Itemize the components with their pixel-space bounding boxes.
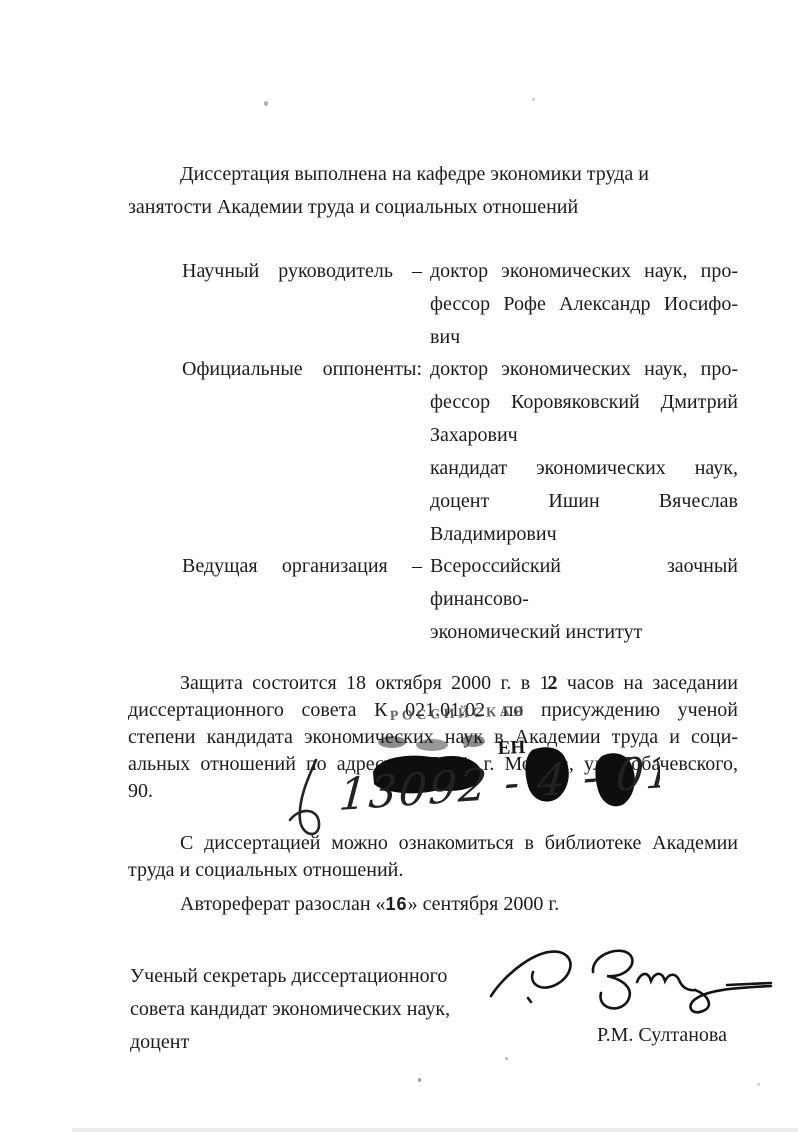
library-paragraph: С диссертацией можно ознакомиться в библ…: [128, 830, 738, 884]
opponent-line: Владимирович: [430, 518, 738, 551]
advisor-line: фессор Рофе Александр Иосифо-: [430, 288, 738, 321]
opponent-first: доктор экономических наук, про- фессор К…: [430, 353, 738, 452]
signature-stroke: [637, 974, 695, 990]
secretary-name: Р.М. Султанова: [597, 1024, 727, 1047]
handwritten-flourish: [290, 760, 319, 834]
paragraph-line: Диссертация выполнена на кафедре экономи…: [128, 158, 738, 191]
secretary-block: Ученый секретарь диссертационного совета…: [130, 960, 480, 1059]
leading-org-block: Ведущая организация – Всероссийский заоч…: [182, 550, 738, 649]
secretary-line: совета кандидат экономических наук,: [130, 993, 480, 1026]
stamp-line-1: РОССИЙСКАЯ: [390, 702, 528, 724]
signature-stroke: [528, 998, 531, 1002]
sent-post: » сентября 2000 г.: [408, 893, 560, 915]
secretary-line: Ученый секретарь диссертационного: [130, 960, 480, 993]
stamp-line-2-fragment: ЕН: [497, 737, 525, 759]
opponents-label: Официальные оппоненты:: [182, 353, 422, 452]
leading-org-line: экономический институт: [430, 616, 738, 649]
advisor-block: Научный руководитель – доктор экономичес…: [182, 255, 738, 354]
leading-org-value: Всероссийский заочный финансово- экономи…: [430, 550, 738, 649]
opponent-second: кандидат экономических наук, доцент Ишин…: [430, 452, 738, 551]
sent-line: Автореферат разослан «16» сентября 2000 …: [128, 891, 738, 918]
signature: [475, 938, 775, 1020]
signature-stroke: [491, 952, 570, 996]
advisor-line: вич: [430, 321, 738, 354]
opponent-line: фессор Коровяковский Дмитрий: [430, 386, 738, 419]
scan-speck: [418, 1078, 421, 1082]
document-page: Диссертация выполнена на кафедре экономи…: [0, 0, 798, 1132]
library-line: С диссертацией можно ознакомиться в библ…: [128, 830, 738, 857]
paragraph-line: занятости Академии труда и социальных от…: [128, 191, 738, 224]
ink-smudge: [416, 739, 448, 751]
scan-speck: [264, 101, 268, 106]
advisor-label: Научный руководитель –: [182, 255, 422, 354]
opponent-line: доктор экономических наук, про-: [430, 353, 738, 386]
secretary-line: доцент: [130, 1026, 480, 1059]
advisor-line: доктор экономических наук, про-: [430, 255, 738, 288]
ink-smudge: [461, 735, 485, 747]
sent-line-text: Автореферат разослан «16» сентября 2000 …: [128, 891, 738, 918]
library-line: труда и социальных отношений.: [128, 857, 738, 884]
signature-stroke: [690, 986, 771, 1012]
opponents-block: Официальные оппоненты: доктор экономичес…: [182, 353, 738, 452]
handwritten-sent-day: 16: [386, 894, 408, 914]
opponent-line: доцент Ишин Вячеслав: [430, 485, 738, 518]
scan-speck: [532, 98, 535, 101]
leading-org-line: Всероссийский заочный финансово-: [430, 550, 738, 616]
ink-smudge: [378, 736, 406, 748]
sent-pre: Автореферат разослан «: [180, 893, 386, 915]
signature-stroke: [727, 983, 771, 985]
advisor-value: доктор экономических наук, про- фессор Р…: [430, 255, 738, 354]
signature-stroke: [593, 951, 633, 1009]
scan-edge-artifact: [72, 1128, 798, 1132]
performed-at-paragraph: Диссертация выполнена на кафедре экономи…: [128, 158, 738, 224]
scan-speck: [757, 1083, 760, 1086]
opponent-line: Захарович: [430, 419, 738, 452]
library-stamp: РОССИЙСКАЯ ЕН 13092 - 4 - 01: [240, 690, 660, 850]
opponent-line: кандидат экономических наук,: [430, 452, 738, 485]
leading-org-label: Ведущая организация –: [182, 550, 422, 649]
scan-speck: [505, 1057, 508, 1060]
